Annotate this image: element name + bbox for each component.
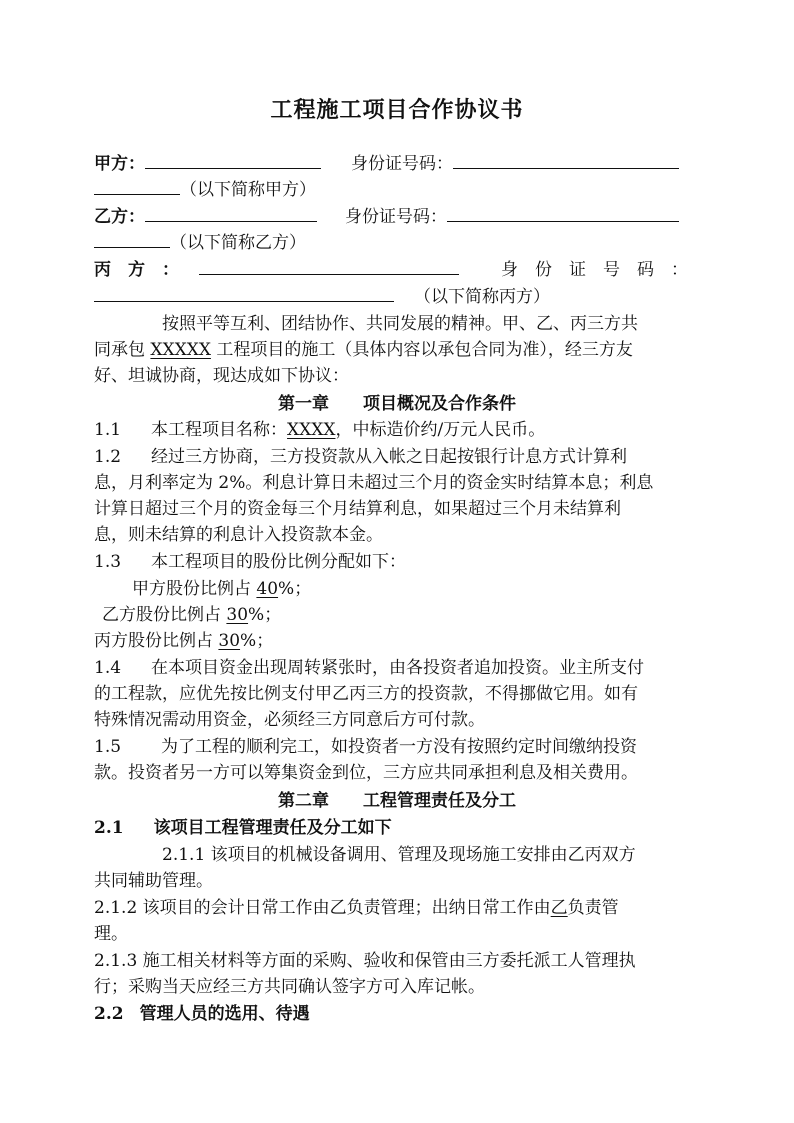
section-2-1-1-line-2: 共同辅助管理。 <box>94 870 700 892</box>
section-1-2: 1.2经过三方协商，三方投资款从入帐之日起按银行计息方式计算利 <box>94 446 700 468</box>
section-2-1-2-line-2: 理。 <box>94 923 700 945</box>
section-1-2-line-3: 计算日超过三个月的资金每三个月结算利息，如果超过三个月未结算利 <box>94 498 700 520</box>
section-2-1-3-line-2: 行；采购当天应经三方共同确认签字方可入库记帐。 <box>94 976 700 998</box>
party-b-alias: （以下简称乙方） <box>170 233 306 253</box>
party-a-name-blank[interactable] <box>145 152 321 169</box>
section-number: 1.1 <box>94 420 121 440</box>
section-1-3: 1.3本工程项目的股份比例分配如下： <box>94 551 700 573</box>
party-c-label: 丙 方 ： <box>94 260 179 280</box>
party-b-line: 乙方：身份证号码： <box>94 205 700 228</box>
section-2-1-3: 2.1.3 施工相关材料等方面的采购、验收和保管由三方委托派工人管理执 <box>94 950 700 972</box>
section-1-2-line-2: 息，月利率定为 2%。利息计算日未超过三个月的资金实时结算本息；利息 <box>94 472 700 494</box>
section-number: 2.1 <box>94 818 124 838</box>
preamble-line-3: 好、坦诚协商，现达成如下协议： <box>94 365 700 387</box>
party-c-name-blank[interactable] <box>199 258 459 275</box>
section-2-1-1: 2.1.1 该项目的机械设备调用、管理及现场施工安排由乙丙双方 <box>94 844 700 866</box>
section-1-5-line-2: 款。投资者另一方可以筹集资金到位，三方应共同承担利息及相关费用。 <box>94 762 700 784</box>
party-a-alias-line: （以下简称甲方） <box>94 178 700 201</box>
project-name-short: XXXX <box>287 420 335 440</box>
section-1-4: 1.4在本项目资金出现周转紧张时，由各投资者追加投资。业主所支付 <box>94 657 700 679</box>
section-1-1: 1.1本工程项目名称：XXXX，中标造价约/万元人民币。 <box>94 419 700 441</box>
chapter-1-heading: 第一章 项目概况及合作条件 <box>94 393 700 415</box>
project-name: XXXXX <box>150 340 211 360</box>
party-a-label: 甲方： <box>94 154 145 174</box>
party-c-id-blank[interactable] <box>94 285 394 302</box>
section-number: 1.5 <box>94 737 121 757</box>
party-b-id-label: 身份证号码： <box>345 207 447 227</box>
party-c-id-label: 身 份 证 号 码 ： <box>501 260 688 280</box>
section-2-2: 2.2管理人员的选用、待遇 <box>94 1003 700 1025</box>
document-title: 工程施工项目合作协议书 <box>94 93 700 124</box>
party-a-alias: （以下简称甲方） <box>180 180 316 200</box>
party-b-label: 乙方： <box>94 207 145 227</box>
party-a-id-label: 身份证号码： <box>351 154 453 174</box>
share-value: 30 <box>218 631 240 651</box>
section-1-4-line-2: 的工程款，应优先按比例支付甲乙丙三方的投资款，不得挪做它用。如有 <box>94 683 700 705</box>
party-b-alias-line: （以下简称乙方） <box>94 231 700 254</box>
section-2-1-2: 2.1.2 该项目的会计日常工作由乙负责管理；出纳日常工作由乙负责管 <box>94 897 700 919</box>
preamble-line-1: 按照平等互利、团结协作、共同发展的精神。甲、乙、丙三方共 <box>94 313 700 335</box>
section-1-4-line-3: 特殊情况需动用资金，必须经三方同意后方可付款。 <box>94 709 700 731</box>
party-b-name-blank[interactable] <box>145 205 317 222</box>
party-c-line: 丙 方 ：身 份 证 号 码 ： <box>94 258 700 281</box>
section-2-1: 2.1该项目工程管理责任及分工如下 <box>94 817 700 839</box>
party-b-id-blank-cont[interactable] <box>94 231 170 248</box>
party-a-line: 甲方：身份证号码： <box>94 152 700 175</box>
share-party-b: 乙方股份比例占 30%； <box>94 604 708 626</box>
section-number: 2.2 <box>94 1004 124 1024</box>
section-1-5: 1.5为了工程的顺利完工，如投资者一方没有按照约定时间缴纳投资 <box>94 736 700 758</box>
section-number: 1.4 <box>94 658 121 678</box>
party-a-id-blank[interactable] <box>453 152 679 169</box>
section-1-2-line-4: 息，则未结算的利息计入投资款本金。 <box>94 524 700 546</box>
share-party-c: 丙方股份比例占 30%； <box>94 630 700 652</box>
chapter-2-heading: 第二章 工程管理责任及分工 <box>94 790 700 812</box>
share-party-a: 甲方股份比例占 40%； <box>94 578 738 600</box>
preamble-line-2: 同承包 XXXXX 工程项目的施工（具体内容以承包合同为准），经三方友 <box>94 339 700 361</box>
section-number: 1.3 <box>94 552 121 572</box>
section-number: 1.2 <box>94 447 121 467</box>
party-a-id-blank-cont[interactable] <box>94 178 180 195</box>
share-value: 40 <box>256 579 278 599</box>
party-c-alias: （以下简称丙方） <box>414 287 550 307</box>
share-value: 30 <box>226 605 248 625</box>
party-c-alias-line: （以下简称丙方） <box>94 285 700 308</box>
party-b-id-blank[interactable] <box>447 205 679 222</box>
